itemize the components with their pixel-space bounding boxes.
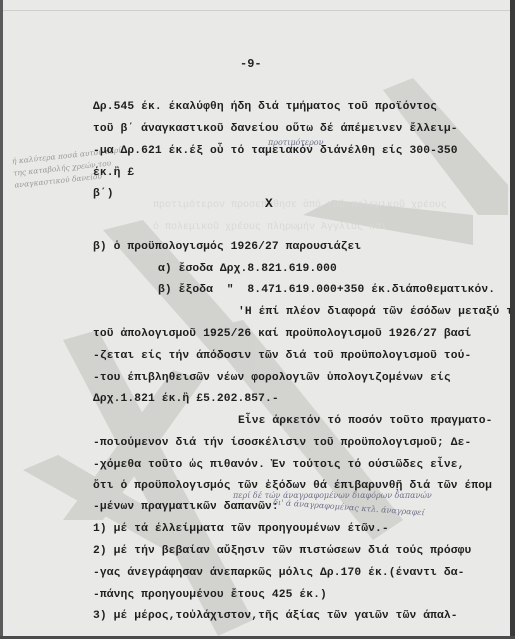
- page-top-border: [3, 10, 510, 11]
- text-line: 2) μέ τήν βεβαίαν αὔξησιν τῶν πιστώσεων …: [93, 545, 471, 557]
- text-line: 3) μέ μέρος,τοὐλάχιστον,τῆς άξίας τῶν γα…: [93, 610, 458, 622]
- section-heading: X: [265, 196, 273, 211]
- text-line: β΄): [93, 188, 114, 200]
- document-page: προτιμότερον προσεπάθησε ἀπό τοῦ πολεμικ…: [3, 0, 510, 636]
- text-line: τοῦ ἀπολογισμοῦ 1925/26 καί προϋπολογισμ…: [93, 328, 471, 340]
- bleed-through-text: ὁ πολεμικοῦ χρέους πληρωμήν Ἀγγλίας καί: [153, 222, 387, 233]
- text-line: -του έπιβληθεισῶν νέων φορολογιῶν ὑπολογ…: [93, 372, 451, 384]
- text-line: -ποιούμενον διά τήν ίσοσκέλισιν τοῦ προϋ…: [93, 437, 471, 449]
- text-line: β) ὁ προϋπολογισμός 1926/27 παρουσιάζει: [93, 241, 361, 253]
- text-line: -μένων πραγματικῶν δαπανῶν:: [93, 501, 279, 513]
- handwritten-annotation: δι' ά άναγραφομένας κτλ. άναγραφεί: [273, 498, 425, 518]
- text-line: -πάνης προηγουμένου ἔτους 425 έκ.): [93, 589, 327, 601]
- text-line: -γας άνεγράφησαν άνεπαρκῶς μόλις Δρ.170 …: [93, 567, 464, 579]
- text-line: -χόμεθα τοῦτο ὡς πιθανόν. Ἐν τούτοις τό …: [93, 459, 464, 471]
- page-number: -9-: [240, 57, 262, 71]
- scan-right-edge: [510, 0, 515, 639]
- text-line: α) ἔσοδα Δρχ.8.821.619.000: [158, 263, 337, 275]
- text-line: β) ἔξοδα " 8.471.619.000+350 έκ.διάποθεμ…: [158, 284, 495, 296]
- watermark: [3, 0, 510, 636]
- text-line: Δρ.545 έκ. έκαλύφθη ήδη διά τμήματος τοῦ…: [93, 101, 437, 113]
- text-line: -ζεται είς τήν άπόδοσιν τῶν διά τοῦ προϋ…: [93, 350, 471, 362]
- text-line: Δρχ.1.821 έκ.ἢ £5.202.857.-: [93, 393, 279, 405]
- text-line: Εἶνε άρκετόν τό ποσόν τοῦτο πραγματο-: [238, 415, 493, 427]
- text-line: 'Η έπί πλέον διαφορά τῶν έσόδων μεταξύ τ: [238, 306, 510, 318]
- text-line: 1) μέ τά έλλείμματα τῶν προηγουμένων έτῶ…: [93, 523, 389, 535]
- bleed-through-text: προτιμότερον προσεπάθησε ἀπό τοῦ πολεμικ…: [153, 200, 447, 211]
- text-line: -μα Δρ.621 έκ.έξ οὗ τό ταμειακόν διάνέλθ…: [93, 145, 458, 157]
- handwritten-annotation: περί δέ τών άναγραφομένων διαφόρων δαπαν…: [233, 491, 432, 500]
- text-line: τοῦ β΄ άναγκαστικοῦ δανείου οὕτω δέ άπέμ…: [93, 123, 458, 135]
- text-line: έκ.ἢ £: [93, 167, 134, 179]
